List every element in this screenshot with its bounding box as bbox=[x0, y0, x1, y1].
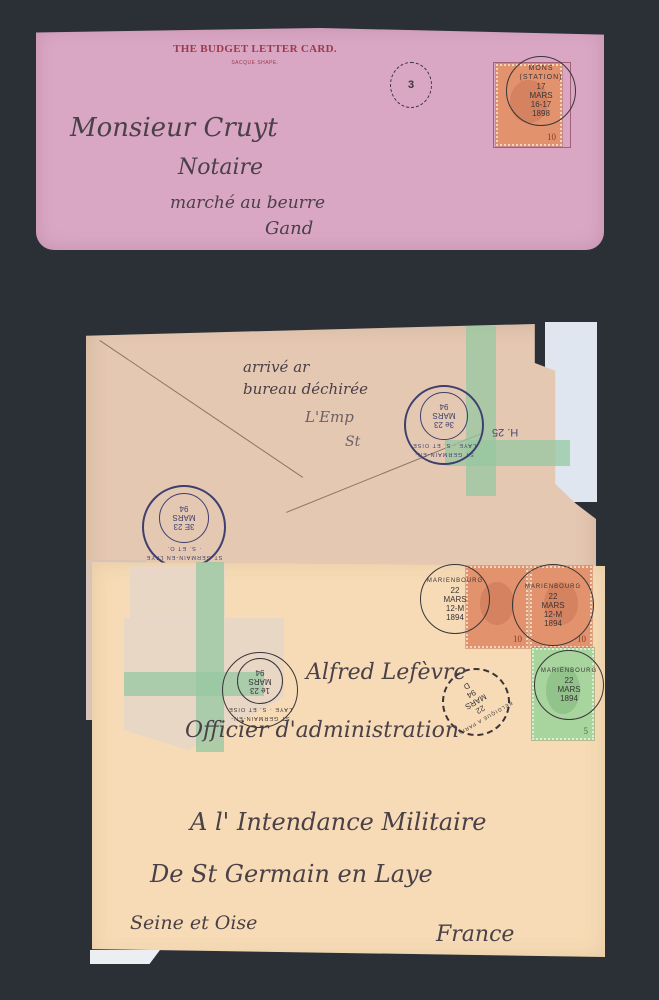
back-note-line-2: bureau déchirée bbox=[243, 380, 368, 398]
card-address-line-1: Monsieur Cruyt bbox=[70, 113, 278, 143]
postmark-month: MARS bbox=[557, 685, 580, 694]
postmark-line-1: 3e 23 bbox=[434, 421, 454, 430]
postmark-line-1: 1e 23 bbox=[250, 686, 270, 695]
numeral-mark-text: 3 bbox=[408, 81, 414, 90]
postmark-town: MARIENBOURG bbox=[427, 577, 483, 586]
postmark-day: 22 bbox=[549, 592, 558, 601]
postmark-time: 16-17 bbox=[531, 100, 551, 109]
st-germain-postmark-back-right: ST GERMAIN-EN-LAYE · S. ET OISE 3e 23 MA… bbox=[404, 385, 484, 465]
postmark-line-3: 94 bbox=[256, 668, 265, 677]
back-note-line-4: St bbox=[345, 434, 360, 450]
front-address-line-6: France bbox=[436, 922, 514, 947]
front-address-line-3: A l' Intendance Militaire bbox=[190, 808, 486, 836]
tape-mark-text: H. 25 bbox=[492, 426, 518, 438]
card-address-line-2: Notaire bbox=[178, 155, 263, 180]
postmark-year: 1894 bbox=[544, 619, 562, 628]
postmark-ring-text: ST GERMAIN-EN LAYE · S. ET O. bbox=[144, 543, 224, 561]
postmark-town: MARIENBOURG bbox=[525, 583, 581, 592]
front-address-line-4: De St Germain en Laye bbox=[150, 860, 433, 888]
stamp-value: 10 bbox=[547, 132, 556, 142]
postmark-line-3: 94 bbox=[440, 403, 449, 412]
postmark-month: MARS bbox=[541, 601, 564, 610]
back-note-line-3: L'Emp bbox=[305, 408, 354, 426]
numeral-circle-mark: 3 bbox=[390, 62, 432, 108]
st-germain-arrival-postmark: ST GERMAIN-EN-LAYE · S. ET OISE 1e 23 MA… bbox=[222, 652, 298, 728]
postmark-year: 1898 bbox=[532, 109, 550, 118]
marienbourg-postmark-2: MARIENBOURG 22 MARS 12-M 1894 bbox=[512, 564, 594, 646]
postmark-year: 1894 bbox=[446, 613, 464, 622]
postmark-line-2: MARS bbox=[248, 677, 271, 686]
postmark-line-1: 3E 23 bbox=[174, 523, 195, 532]
postmark-line-2: MARS bbox=[432, 412, 455, 421]
card-address-line-4: Gand bbox=[265, 218, 313, 239]
card-address-line-3: marché au beurre bbox=[170, 193, 325, 213]
postmark-town: MARIENBOURG bbox=[541, 667, 597, 676]
back-note-line-1: arrivé ar bbox=[243, 358, 309, 376]
postmark-month: MARS bbox=[529, 91, 552, 100]
postmark-day: 22 bbox=[451, 586, 460, 595]
postmark-line-3: 94 bbox=[180, 505, 189, 514]
postmark-year: 1894 bbox=[560, 694, 578, 703]
postmark-town: MONS (STATION) bbox=[507, 64, 575, 82]
postmark-time: 12-M bbox=[446, 604, 464, 613]
stamp-value: 10 bbox=[513, 634, 522, 644]
postmark-date: 3e 23 MARS 94 bbox=[420, 392, 468, 440]
white-backing-corner bbox=[90, 950, 160, 964]
front-address-line-1: Alfred Lefèvre bbox=[306, 660, 466, 685]
postmark-month: MARS bbox=[443, 595, 466, 604]
postmark-day: 22 bbox=[565, 676, 574, 685]
marienbourg-postmark-1: MARIENBOURG 22 MARS 12-M 1894 bbox=[420, 564, 490, 634]
postmark-ring-text: ST GERMAIN-EN-LAYE · S. ET OISE bbox=[406, 440, 482, 458]
postmark-date: 1e 23 MARS 94 bbox=[237, 658, 283, 704]
front-address-line-2: Officier d'administration bbox=[185, 718, 459, 743]
postmark-time: 12-M bbox=[544, 610, 562, 619]
postmark-date: 3E 23 MARS 94 bbox=[159, 493, 209, 543]
st-germain-postmark-back-left: ST GERMAIN-EN LAYE · S. ET O. 3E 23 MARS… bbox=[142, 485, 226, 569]
letter-card-title: THE BUDGET LETTER CARD. bbox=[150, 43, 360, 55]
postmark-day: 17 bbox=[537, 82, 546, 91]
postmark-line-2: MARS bbox=[172, 514, 195, 523]
front-address-line-5: Seine et Oise bbox=[130, 912, 257, 934]
mons-postmark: MONS (STATION) 17 MARS 16-17 1898 bbox=[506, 56, 576, 126]
stamp-value: 5 bbox=[584, 726, 589, 736]
letter-card-subtitle: SACQUE SHAPE. bbox=[150, 60, 360, 66]
marienbourg-postmark-3: MARIENBOURG 22 MARS 1894 bbox=[534, 650, 604, 720]
